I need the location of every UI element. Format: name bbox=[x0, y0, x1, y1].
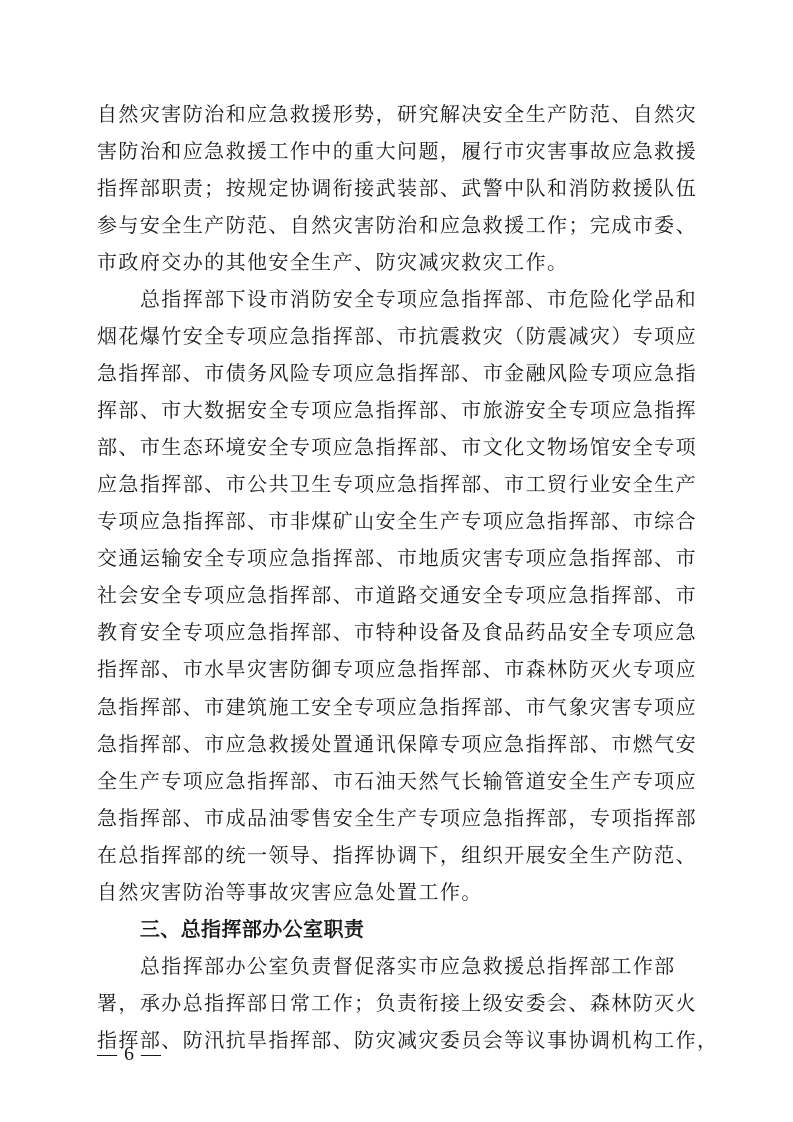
text-line: 挥部、市大数据安全专项应急指挥部、市旅游安全专项应急指挥 bbox=[97, 392, 707, 429]
text-line: 自然灾害防治等事故灾害应急处置工作。 bbox=[97, 874, 707, 911]
text-line: 总指挥部下设市消防安全专项应急指挥部、市危险化学品和 bbox=[97, 281, 707, 318]
text-line: 害防治和应急救援工作中的重大问题，履行市灾害事故应急救援 bbox=[97, 133, 707, 170]
section-heading: 三、总指挥部办公室职责 bbox=[97, 911, 707, 948]
text-line: 急指挥部、市建筑施工安全专项应急指挥部、市气象灾害专项应 bbox=[97, 689, 707, 726]
text-line: 在总指挥部的统一领导、指挥协调下，组织开展安全生产防范、 bbox=[97, 837, 707, 874]
text-line: 署，承办总指挥部日常工作；负责衔接上级安委会、森林防灭火 bbox=[97, 985, 707, 1022]
page-number: — 6 — bbox=[97, 1043, 162, 1066]
text-line: 指挥部职责；按规定协调衔接武装部、武警中队和消防救援队伍 bbox=[97, 170, 707, 207]
text-line: 应急指挥部、市公共卫生专项应急指挥部、市工贸行业安全生产 bbox=[97, 466, 707, 503]
text-line: 指挥部、防汛抗旱指挥部、防灾减灾委员会等议事协调机构工作， bbox=[97, 1022, 707, 1059]
text-line: 指挥部、市水旱灾害防御专项应急指挥部、市森林防灭火专项应 bbox=[97, 651, 707, 688]
text-line: 自然灾害防治和应急救援形势，研究解决安全生产防范、自然灾 bbox=[97, 96, 707, 133]
document-body: 自然灾害防治和应急救援形势，研究解决安全生产防范、自然灾 害防治和应急救援工作中… bbox=[97, 96, 707, 1059]
text-line: 市政府交办的其他安全生产、防灾减灾救灾工作。 bbox=[97, 244, 707, 281]
text-line: 急指挥部、市应急救援处置通讯保障专项应急指挥部、市燃气安 bbox=[97, 726, 707, 763]
text-line: 急指挥部、市债务风险专项应急指挥部、市金融风险专项应急指 bbox=[97, 355, 707, 392]
text-line: 参与安全生产防范、自然灾害防治和应急救援工作；完成市委、 bbox=[97, 207, 707, 244]
text-line: 全生产专项应急指挥部、市石油天然气长输管道安全生产专项应 bbox=[97, 763, 707, 800]
text-line: 烟花爆竹安全专项应急指挥部、市抗震救灾（防震减灾）专项应 bbox=[97, 318, 707, 355]
text-line: 交通运输安全专项应急指挥部、市地质灾害专项应急指挥部、市 bbox=[97, 540, 707, 577]
text-line: 社会安全专项应急指挥部、市道路交通安全专项应急指挥部、市 bbox=[97, 577, 707, 614]
text-line: 部、市生态环境安全专项应急指挥部、市文化文物场馆安全专项 bbox=[97, 429, 707, 466]
text-line: 急指挥部、市成品油零售安全生产专项应急指挥部，专项指挥部 bbox=[97, 800, 707, 837]
document-page: 自然灾害防治和应急救援形势，研究解决安全生产防范、自然灾 害防治和应急救援工作中… bbox=[0, 0, 793, 1122]
text-line: 专项应急指挥部、市非煤矿山安全生产专项应急指挥部、市综合 bbox=[97, 503, 707, 540]
text-line: 教育安全专项应急指挥部、市特种设备及食品药品安全专项应急 bbox=[97, 614, 707, 651]
text-line: 总指挥部办公室负责督促落实市应急救援总指挥部工作部 bbox=[97, 948, 707, 985]
